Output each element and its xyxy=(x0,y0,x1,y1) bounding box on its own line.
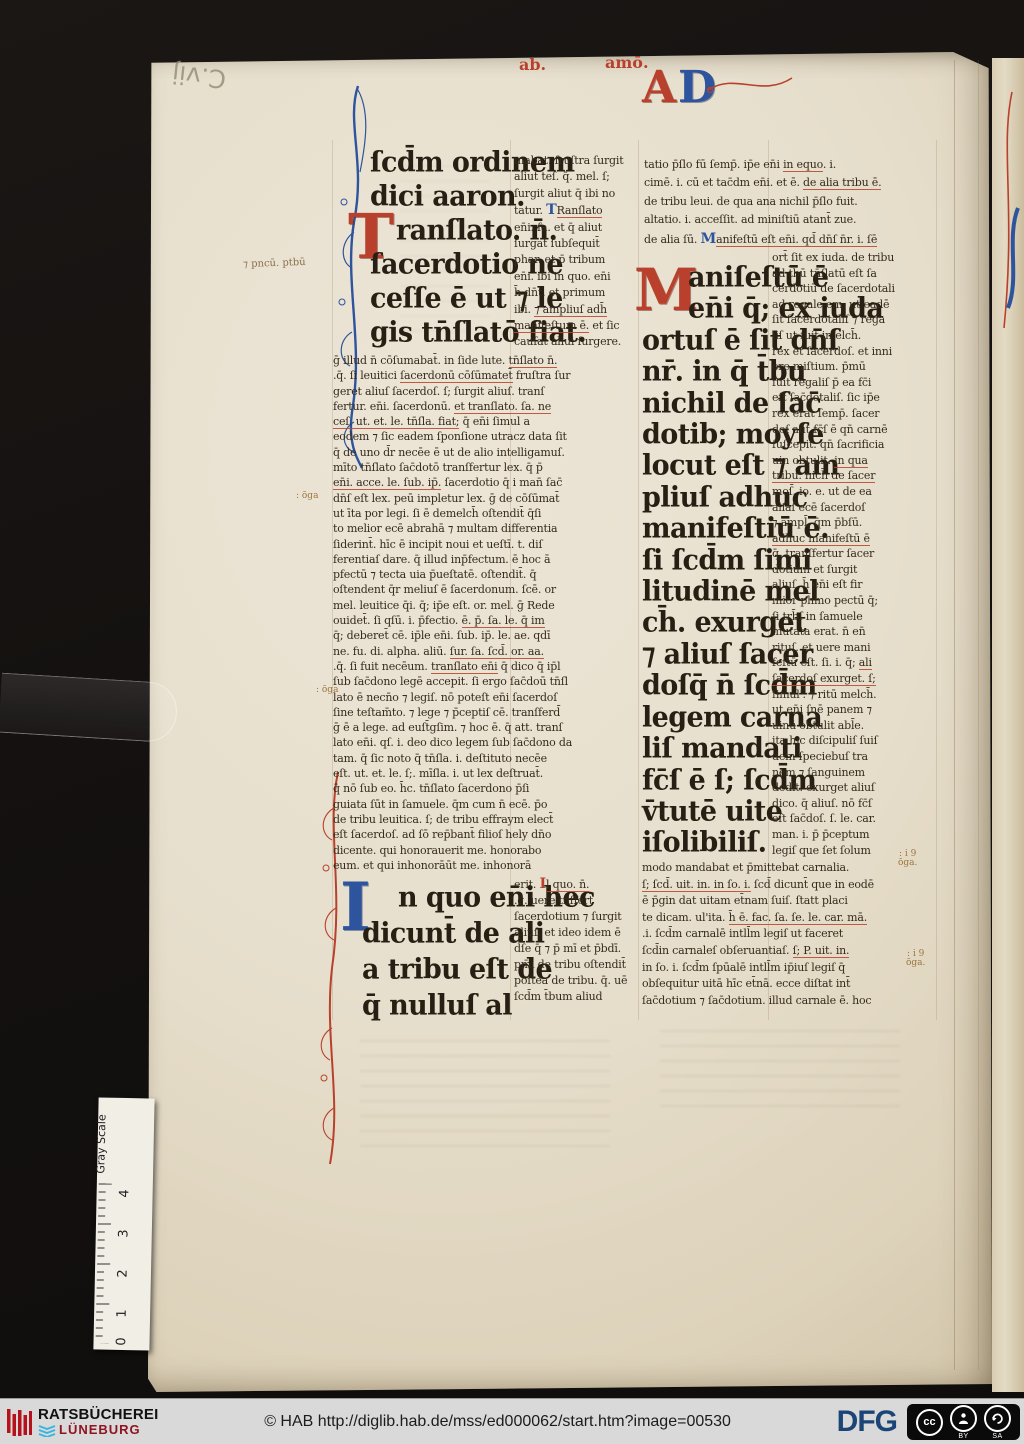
viewer-stage: C.vij ab. amō. A D ⁊ pncū xyxy=(0,0,1024,1444)
running-title-left: ab. xyxy=(519,55,546,74)
gloss-bottom-left: erit. Il quo. n̄..q̄. uere tn̄ſfert̄ſace… xyxy=(514,876,627,1005)
tie-mark: : i 9 ōga. xyxy=(906,950,925,968)
gray-scale-ruler: Gray Scale 4 3 2 1 0 xyxy=(93,1097,154,1350)
gloss-right-column: ort̄ ſit ex iuda. de tribuad t̄bū tn̄ſla… xyxy=(772,250,895,858)
gray-patch-white xyxy=(124,1104,148,1126)
ruler-number: 2 xyxy=(116,1269,131,1278)
wave-icon xyxy=(38,1423,56,1437)
cc-sa-icon xyxy=(984,1405,1011,1432)
library-city: LÜNEBURG xyxy=(59,1423,141,1436)
running-initial-a: A xyxy=(642,62,676,113)
viewer-footer: RATSBÜCHEREI LÜNEBURG © HAB http://digli… xyxy=(0,1398,1024,1444)
tie-mark: : ōga xyxy=(296,492,318,501)
gray-patch-light xyxy=(124,1126,148,1148)
bleedthrough-text xyxy=(660,1030,900,1120)
page-holder-strip xyxy=(0,673,179,744)
ruling-line xyxy=(936,140,937,1020)
gloss-middle-column: mabat. fruſtra ſurgitaliut teſ. q̄. mel.… xyxy=(514,153,623,351)
margin-note: ⁊ pncū. ptbū xyxy=(243,257,306,270)
library-name: RATSBÜCHEREI xyxy=(38,1407,158,1422)
ruler-number: 1 xyxy=(115,1309,130,1318)
gloss-left-block: ḡ illud n̄ cōſumabat̄. in ſide lute. tn̄… xyxy=(333,353,572,873)
dfg-logo[interactable]: DFG xyxy=(837,1405,907,1439)
ruler-number: 4 xyxy=(117,1189,132,1198)
pencil-foliation: C.vij xyxy=(171,59,228,93)
ruler-ticks xyxy=(95,1183,111,1343)
attribution-link[interactable]: © HAB http://diglib.hab.de/mss/ed000062/… xyxy=(158,1413,836,1431)
running-title-flourish xyxy=(706,70,796,100)
bleedthrough-text xyxy=(360,1040,610,1160)
ruler-number: 0 xyxy=(114,1337,129,1346)
gloss-right-top: tatio p̄ſlo fū ſemp̄. ip̄e en̄i in equo.… xyxy=(644,156,881,249)
facing-page-flourish xyxy=(994,88,1024,338)
gray-scale-label: Gray Scale xyxy=(94,1114,108,1174)
manuscript-photo: C.vij ab. amō. A D ⁊ pncū xyxy=(0,0,1024,1398)
gray-patch-mid xyxy=(123,1148,147,1170)
cc-icon: cc xyxy=(916,1409,943,1436)
cc-by-label: BY xyxy=(958,1433,968,1440)
page-crease xyxy=(954,60,955,1370)
cc-sa-label: SA xyxy=(992,1433,1002,1440)
tie-mark: : i 9 ōga. xyxy=(898,850,917,868)
gloss-bottom-right: modo mandabat et p̄mittebat carnalia.ſ; … xyxy=(642,860,874,1009)
page-crease xyxy=(978,60,979,1370)
cc-by-icon xyxy=(950,1405,977,1432)
ruler-number: 3 xyxy=(116,1229,131,1238)
cc-license-badge[interactable]: cc BY SA xyxy=(907,1404,1020,1440)
library-logo[interactable]: RATSBÜCHEREI LÜNEBURG xyxy=(0,1405,158,1439)
library-bars-icon xyxy=(6,1405,32,1439)
